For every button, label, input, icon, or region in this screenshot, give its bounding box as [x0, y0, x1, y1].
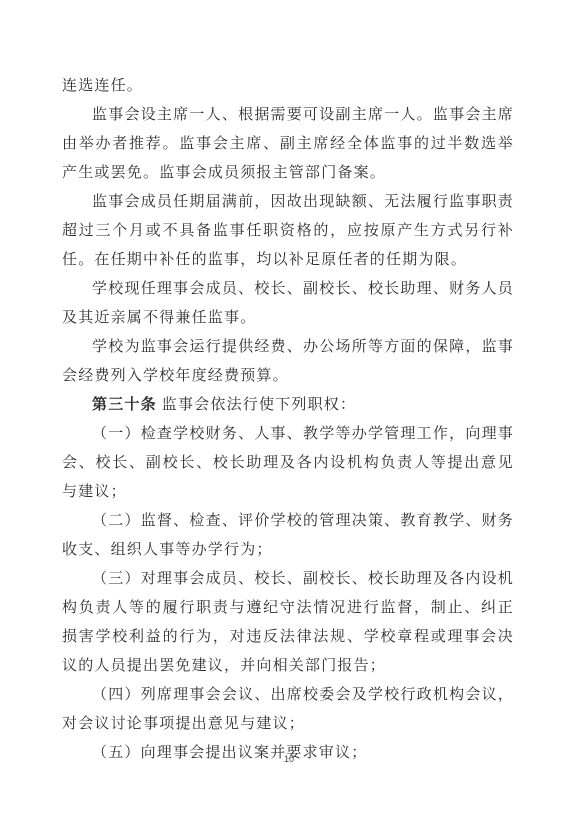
paragraph: 学校为监事会运行提供经费、办公场所等方面的保障，监事会经费列入学校年度经费预算。	[62, 333, 514, 391]
paragraph: （四）列席理事会会议、出席校委会及学校行政机构会议，对会议讨论事项提出意见与建议…	[62, 681, 514, 739]
page-number: 10	[0, 754, 578, 764]
paragraph: 监事会成员任期届满前，因故出现缺额、无法履行监事职责超过三个月或不具备监事任职资…	[62, 188, 514, 275]
document-page: 连选连任。监事会设主席一人、根据需要可设副主席一人。监事会主席由举办者推荐。监事…	[0, 0, 578, 824]
paragraph: 监事会设主席一人、根据需要可设副主席一人。监事会主席由举办者推荐。监事会主席、副…	[62, 101, 514, 188]
paragraph: 第三十条 监事会依法行使下列职权：	[62, 391, 514, 420]
document-body: 连选连任。监事会设主席一人、根据需要可设副主席一人。监事会主席由举办者推荐。监事…	[62, 72, 514, 768]
article-number: 第三十条	[92, 397, 157, 413]
paragraph: （一）检查学校财务、人事、教学等办学管理工作，向理事会、校长、副校长、校长助理及…	[62, 420, 514, 507]
paragraph: 连选连任。	[62, 72, 514, 101]
paragraph: （三）对理事会成员、校长、副校长、校长助理及各内设机构负责人等的履行职责与遵纪守…	[62, 565, 514, 681]
paragraph: （二）监督、检查、评价学校的管理决策、教育教学、财务收支、组织人事等办学行为；	[62, 507, 514, 565]
paragraph: 学校现任理事会成员、校长、副校长、校长助理、财务人员及其近亲属不得兼任监事。	[62, 275, 514, 333]
